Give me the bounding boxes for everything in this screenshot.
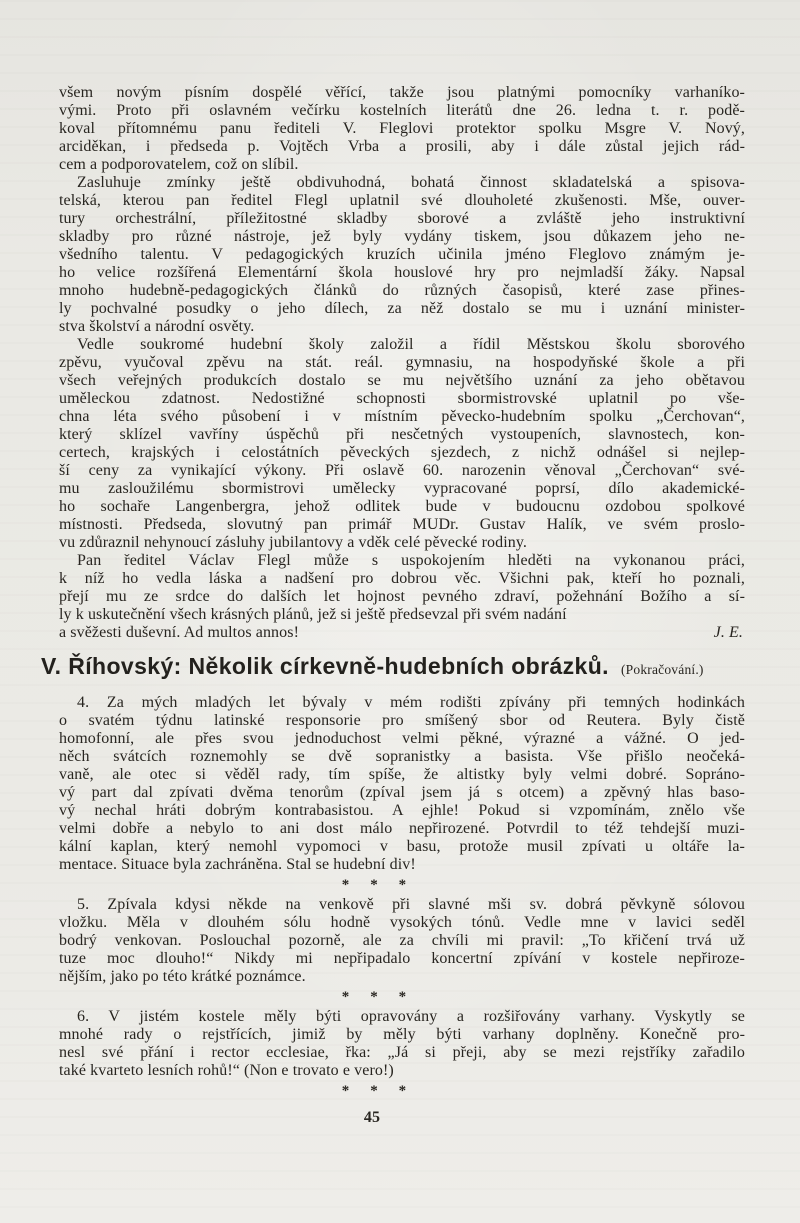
text-line: velmi dobře a nebylo to ani dost málo ne…	[59, 820, 745, 838]
page-number: 45	[29, 1109, 715, 1127]
text-line: přejí mu ze srdce do dalších let hojnost…	[59, 588, 745, 606]
text-line: mentace. Situace byla zachráněna. Stal s…	[59, 856, 745, 874]
continuation-note: (Pokračování.)	[621, 661, 704, 679]
text-line: bodrý venkovan. Poslouchal pozorně, ale …	[59, 932, 745, 950]
text-line: místnosti. Předseda, slovutný pan primář…	[59, 516, 745, 534]
article-title: V. Říhovský: Několik církevně-hudebních …	[41, 657, 609, 675]
text-line: všech veřejných produkcích dostalo se mu…	[59, 372, 745, 390]
text-line: kální kaplan, který nemohl vypomoci v ba…	[59, 838, 745, 856]
text-line: vaně, ale otec si věděl rady, tím spíše,…	[59, 766, 745, 784]
section-separator: * * *	[31, 876, 717, 894]
text-line: cem a podporovatelem, což on slíbil.	[59, 156, 745, 174]
text-line: ho velice rozšířená Elementární škola ho…	[59, 264, 745, 282]
text-line: 6. V jistém kostele měly býti opravovány…	[59, 1008, 745, 1026]
section-separator: * * *	[31, 988, 717, 1006]
text-line: stva školství a národní osvěty.	[59, 318, 745, 336]
text-line: ly k uskutečnění všech krásných plánů, j…	[59, 606, 745, 624]
text-line: mnoho hudebně-pedagogických článků do rů…	[59, 282, 745, 300]
text-line: tuze moc dlouho!“ Nikdy mi nepřipadalo k…	[59, 950, 745, 968]
author-initials: J. E.	[714, 624, 745, 642]
text-line: mnohé rady o rejstřících, jimiž by měly …	[59, 1026, 745, 1044]
text-line: mu zasloužilému sbormistrovi umělecky vy…	[59, 480, 745, 498]
scanned-page: všem novým písním dospělé věřící, takže …	[0, 0, 800, 1223]
text-line: 5. Zpívala kdysi někde na venkově při sl…	[59, 896, 745, 914]
text-line: vložku. Měla v dlouhém sólu hodně vysoký…	[59, 914, 745, 932]
paragraph-closing: Pan ředitel Václav Flegl může s uspokoje…	[59, 552, 745, 624]
article-rihovsky-sketches: 4. Za mých mladých let bývaly v mém rodi…	[59, 694, 745, 1100]
text-line: všem novým písním dospělé věřící, takže …	[59, 84, 745, 102]
text-line: vými. Proto při oslavném večírku kosteln…	[59, 102, 745, 120]
text-line: něch svátcích roznemohly se dvě sopranis…	[59, 748, 745, 766]
closing-line-row: a svěžesti duševní. Ad multos annos! J. …	[59, 624, 745, 642]
text-line: ho sochaře Langenbergra, jehož odlitek b…	[59, 498, 745, 516]
text-line: Zasluhuje zmínky ještě obdivuhodná, boha…	[59, 174, 745, 192]
paragraph-continuation: všem novým písním dospělé věřící, takže …	[59, 84, 745, 174]
text-line: zpěvu, vyučoval zpěvu na stát. reál. gym…	[59, 354, 745, 372]
text-line: vý nechal hráti dobrým kontrabasistou. A…	[59, 802, 745, 820]
text-line: ší ceny za vynikající výkony. Při oslavě…	[59, 462, 745, 480]
paragraph-composer-work: Zasluhuje zmínky ještě obdivuhodná, boha…	[59, 174, 745, 336]
section-separator: * * *	[31, 1082, 717, 1100]
text-line: telská, kterou pan ředitel Flegl uplatni…	[59, 192, 745, 210]
text-line: skladby pro různé nástroje, jež byly vyd…	[59, 228, 745, 246]
text-line: 4. Za mých mladých let bývaly v mém rodi…	[59, 694, 745, 712]
sketch-5: 5. Zpívala kdysi někde na venkově při sl…	[59, 896, 745, 986]
text-line: ly pochvalné posudky o jeho dílech, za n…	[59, 300, 745, 318]
text-line: nesl své přání i rector ecclesiae, řka: …	[59, 1044, 745, 1062]
text-line: také kvarteto lesních rohů!“ (Non e trov…	[59, 1062, 745, 1080]
article-heading: V. Říhovský: Několik církevně-hudebních …	[41, 657, 745, 679]
text-line: který sklízel vavříny úspěchů při nesčet…	[59, 426, 745, 444]
text-line: chna léta svého působení i v místním pěv…	[59, 408, 745, 426]
text-line: všedního talentu. V pedagogických kruzíc…	[59, 246, 745, 264]
text-line: uměleckou zdatnost. Nedostižné schopnost…	[59, 390, 745, 408]
text-line: koval přítomnému panu řediteli V. Fleglo…	[59, 120, 745, 138]
text-line: Pan ředitel Václav Flegl může s uspokoje…	[59, 552, 745, 570]
text-line: Vedle soukromé hudební školy založil a ř…	[59, 336, 745, 354]
sketch-4: 4. Za mých mladých let bývaly v mém rodi…	[59, 694, 745, 874]
sketch-6: 6. V jistém kostele měly býti opravovány…	[59, 1008, 745, 1080]
text-line: certech, krajských i celostátních pěveck…	[59, 444, 745, 462]
article-flegl-tribute: všem novým písním dospělé věřící, takže …	[59, 84, 745, 642]
text-line: nějším, jako po této krátké poznámce.	[59, 968, 745, 986]
text-line: vý part dal zpívati dvěma tenorům (zpíva…	[59, 784, 745, 802]
closing-line: a svěžesti duševní. Ad multos annos!	[59, 624, 299, 642]
text-line: o svatém týdnu latinské responsorie pro …	[59, 712, 745, 730]
text-line: k níž ho vedla láska a nadšení pro dobro…	[59, 570, 745, 588]
paragraph-choirmaster: Vedle soukromé hudební školy založil a ř…	[59, 336, 745, 552]
text-line: vu zdůraznil nehynoucí zásluhy jubilanto…	[59, 534, 745, 552]
text-line: homofonní, ale přes svou jednoduchost ve…	[59, 730, 745, 748]
text-line: tury orchestrální, příležitostné skladby…	[59, 210, 745, 228]
text-block: všem novým písním dospělé věřící, takže …	[59, 84, 745, 1127]
text-line: arciděkan, i předseda p. Vojtěch Vrba a …	[59, 138, 745, 156]
